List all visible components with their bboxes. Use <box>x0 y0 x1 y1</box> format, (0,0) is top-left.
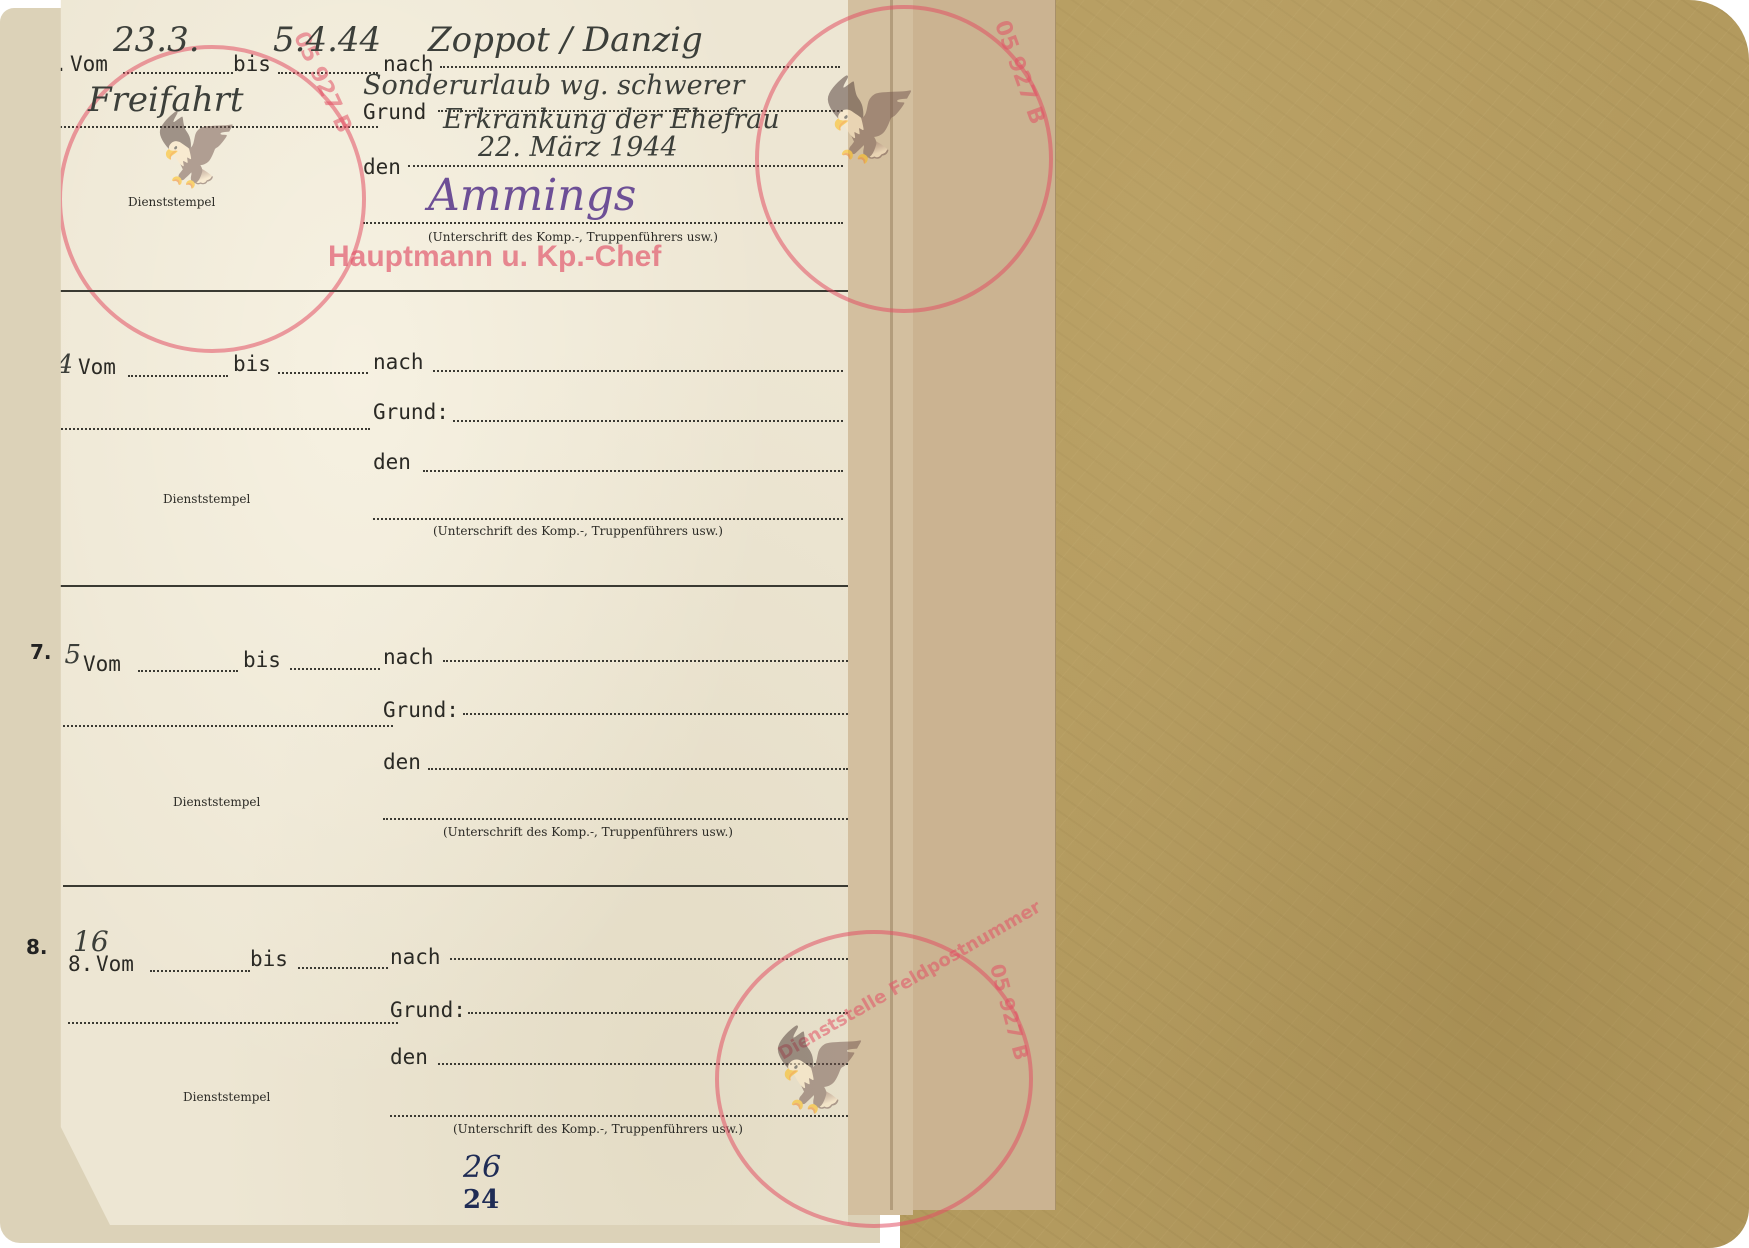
section-divider <box>63 885 848 887</box>
den-label: den <box>363 155 401 179</box>
dienststempel-label: Dienststempel <box>173 795 260 809</box>
signature-line <box>373 518 843 520</box>
back-number-8: 8. <box>26 935 48 959</box>
grund-label: Grund <box>363 100 426 124</box>
nach-line <box>433 370 843 372</box>
handwritten-bis: 5.4.44 <box>273 20 381 60</box>
vom-line <box>150 970 250 972</box>
dienststempel-label: Dienststempel <box>163 492 250 506</box>
bis-line <box>298 967 388 969</box>
signature: Ammings <box>428 170 636 221</box>
vom-label: Vom <box>70 52 108 76</box>
vom-label: Vom <box>83 652 121 676</box>
den-label: den <box>373 450 411 474</box>
nach-label: nach <box>383 645 434 669</box>
handwritten-grund-1: Sonderurlaub wg. schwerer <box>363 70 744 101</box>
bis-line <box>290 668 380 670</box>
bis-label: bis <box>243 648 281 672</box>
signature-caption: (Unterschrift des Komp.-, Truppenführers… <box>453 1122 743 1136</box>
handwritten-freifahrt: Freifahrt <box>88 80 244 120</box>
nach-label: nach <box>390 945 441 969</box>
signature-line <box>383 818 848 820</box>
vom-label: Vom <box>78 355 116 379</box>
bis-line <box>278 372 368 374</box>
dienststempel-label: Dienststempel <box>183 1090 270 1104</box>
den-line <box>428 768 848 770</box>
eagle-emblem-icon: 🦅 <box>820 80 920 160</box>
extra-line <box>50 428 370 430</box>
official-stamp-bottom <box>715 930 1033 1228</box>
grund-label: Grund: <box>390 998 466 1022</box>
page-number-bottom: 24 <box>463 1185 499 1215</box>
den-label: den <box>383 750 421 774</box>
section-divider <box>56 585 848 587</box>
number-8-inline: 8. <box>68 952 93 976</box>
nach-label: nach <box>373 350 424 374</box>
back-number-7: 7. <box>30 640 52 664</box>
page-number-top: 26 <box>463 1150 501 1185</box>
signature-caption: (Unterschrift des Komp.-, Truppenführers… <box>443 825 733 839</box>
nach-line <box>443 660 848 662</box>
vom-line <box>138 670 238 672</box>
vom-line <box>128 375 228 377</box>
handwritten-nach: Zoppot / Danzig <box>428 20 703 60</box>
grund-line <box>453 420 843 422</box>
grund-line <box>463 713 848 715</box>
handwritten-vom: 23.3. <box>113 20 200 60</box>
extra-line <box>68 1022 398 1024</box>
handwritten-grund-2: Erkrankung der Ehefrau <box>443 104 780 135</box>
eagle-emblem-icon: 🦅 <box>153 115 240 185</box>
grund-label: Grund: <box>373 400 449 424</box>
vom-label: Vom <box>96 952 134 976</box>
den-label: den <box>390 1045 428 1069</box>
signature-caption: (Unterschrift des Komp.-, Truppenführers… <box>433 524 723 538</box>
nach-line <box>440 66 840 68</box>
extra-line <box>58 725 393 727</box>
section-divider <box>48 290 848 292</box>
bis-label: bis <box>250 947 288 971</box>
den-line <box>423 470 843 472</box>
bis-label: bis <box>233 352 271 376</box>
grund-label: Grund: <box>383 698 459 722</box>
rank-stamp: Hauptmann u. Kp.-Chef <box>328 240 661 274</box>
eagle-emblem-icon: 🦅 <box>770 1030 870 1110</box>
handwritten-den: 22. März 1944 <box>478 132 678 163</box>
